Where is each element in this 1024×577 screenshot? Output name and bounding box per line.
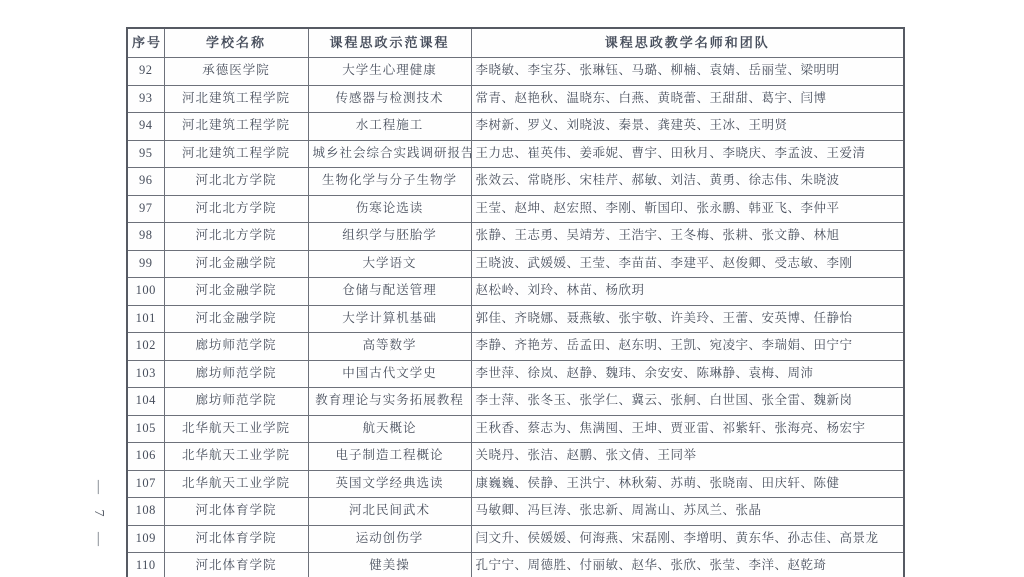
row-teacher-team: 常青、赵艳秋、温晓东、白燕、黄晓蕾、王甜甜、葛宇、闫博 [471,85,904,113]
row-teacher-team: 李士萍、张冬玉、张学仁、冀云、张舸、白世国、张全雷、魏新岗 [471,388,904,416]
row-serial-number: 104 [127,388,164,416]
header-serial-number: 序号 [127,28,164,58]
row-teacher-team: 张静、王志勇、吴靖芳、王浩宇、王冬梅、张耕、张文静、林旭 [471,223,904,251]
row-school-name: 河北北方学院 [164,195,308,223]
row-serial-number: 108 [127,498,164,526]
row-school-name: 北华航天工业学院 [164,470,308,498]
table-row: 94河北建筑工程学院水工程施工李树新、罗义、刘晓波、秦景、龚建英、王冰、王明贤 [127,113,904,141]
row-serial-number: 105 [127,415,164,443]
row-teacher-team: 赵松岭、刘玲、林苗、杨欣玥 [471,278,904,306]
row-course-name: 英国文学经典选读 [308,470,471,498]
row-teacher-team: 康巍巍、侯静、王洪宁、林秋菊、苏萌、张晓南、田庆轩、陈健 [471,470,904,498]
row-course-name: 电子制造工程概论 [308,443,471,471]
row-course-name: 教育理论与实务拓展教程 [308,388,471,416]
row-course-name: 大学计算机基础 [308,305,471,333]
table-row: 97河北北方学院伤寒论选读王莹、赵坤、赵宏照、李刚、靳国印、张永鹏、韩亚飞、李仲… [127,195,904,223]
row-course-name: 运动创伤学 [308,525,471,553]
row-serial-number: 109 [127,525,164,553]
table-body: 92承德医学院大学生心理健康李晓敏、李宝芬、张琳钰、马璐、柳楠、袁婧、岳丽莹、梁… [127,58,904,577]
table-header: 序号 学校名称 课程思政示范课程 课程思政教学名师和团队 [127,28,904,58]
row-school-name: 河北体育学院 [164,553,308,577]
row-course-name: 大学生心理健康 [308,58,471,86]
row-serial-number: 101 [127,305,164,333]
row-teacher-team: 马敏卿、冯巨涛、张忠新、周嵩山、苏凤兰、张晶 [471,498,904,526]
row-course-name: 传感器与检测技术 [308,85,471,113]
row-serial-number: 103 [127,360,164,388]
row-school-name: 河北建筑工程学院 [164,113,308,141]
row-school-name: 河北金融学院 [164,250,308,278]
row-teacher-team: 李静、齐艳芳、岳孟田、赵东明、王凯、宛凌宇、李瑞娟、田宁宁 [471,333,904,361]
table-row: 96河北北方学院生物化学与分子生物学张效云、常晓彤、宋桂芹、郝敏、刘洁、黄勇、徐… [127,168,904,196]
table-row: 107北华航天工业学院英国文学经典选读康巍巍、侯静、王洪宁、林秋菊、苏萌、张晓南… [127,470,904,498]
row-school-name: 河北建筑工程学院 [164,85,308,113]
row-school-name: 河北金融学院 [164,278,308,306]
row-course-name: 伤寒论选读 [308,195,471,223]
row-school-name: 河北体育学院 [164,498,308,526]
table-row: 103廊坊师范学院中国古代文学史李世萍、徐岚、赵静、魏玮、余安安、陈琳静、袁梅、… [127,360,904,388]
header-teacher-team: 课程思政教学名师和团队 [471,28,904,58]
table-row: 102廊坊师范学院高等数学李静、齐艳芳、岳孟田、赵东明、王凯、宛凌宇、李瑞娟、田… [127,333,904,361]
row-school-name: 廊坊师范学院 [164,360,308,388]
row-serial-number: 107 [127,470,164,498]
table-row: 109河北体育学院运动创伤学闫文升、侯媛媛、何海燕、宋磊刚、李增明、黄东华、孙志… [127,525,904,553]
row-course-name: 航天概论 [308,415,471,443]
row-course-name: 河北民间武术 [308,498,471,526]
row-course-name: 生物化学与分子生物学 [308,168,471,196]
row-course-name: 城乡社会综合实践调研报告 [308,140,471,168]
table-row: 104廊坊师范学院教育理论与实务拓展教程李士萍、张冬玉、张学仁、冀云、张舸、白世… [127,388,904,416]
row-teacher-team: 李晓敏、李宝芬、张琳钰、马璐、柳楠、袁婧、岳丽莹、梁明明 [471,58,904,86]
row-teacher-team: 郭佳、齐晓娜、聂燕敏、张宇敬、许美玲、王蕾、安英博、任静怡 [471,305,904,333]
table-row: 105北华航天工业学院航天概论王秋香、蔡志为、焦满囤、王坤、贾亚雷、祁紫轩、张海… [127,415,904,443]
row-teacher-team: 王力忠、崔英伟、姜乖妮、曹宇、田秋月、李晓庆、李孟波、王爱清 [471,140,904,168]
row-course-name: 中国古代文学史 [308,360,471,388]
row-serial-number: 93 [127,85,164,113]
row-course-name: 仓储与配送管理 [308,278,471,306]
row-school-name: 河北体育学院 [164,525,308,553]
row-school-name: 河北北方学院 [164,223,308,251]
row-serial-number: 102 [127,333,164,361]
row-school-name: 河北建筑工程学院 [164,140,308,168]
header-row: 序号 学校名称 课程思政示范课程 课程思政教学名师和团队 [127,28,904,58]
row-serial-number: 96 [127,168,164,196]
table-row: 108河北体育学院河北民间武术马敏卿、冯巨涛、张忠新、周嵩山、苏凤兰、张晶 [127,498,904,526]
table-row: 100河北金融学院仓储与配送管理赵松岭、刘玲、林苗、杨欣玥 [127,278,904,306]
header-course-name: 课程思政示范课程 [308,28,471,58]
row-teacher-team: 王莹、赵坤、赵宏照、李刚、靳国印、张永鹏、韩亚飞、李仲平 [471,195,904,223]
table-row: 106北华航天工业学院电子制造工程概论关晓丹、张洁、赵鹏、张文倩、王同举 [127,443,904,471]
table-row: 95河北建筑工程学院城乡社会综合实践调研报告王力忠、崔英伟、姜乖妮、曹宇、田秋月… [127,140,904,168]
row-course-name: 高等数学 [308,333,471,361]
row-serial-number: 99 [127,250,164,278]
table-row: 98河北北方学院组织学与胚胎学张静、王志勇、吴靖芳、王浩宇、王冬梅、张耕、张文静… [127,223,904,251]
table-row: 93河北建筑工程学院传感器与检测技术常青、赵艳秋、温晓东、白燕、黄晓蕾、王甜甜、… [127,85,904,113]
row-serial-number: 92 [127,58,164,86]
row-school-name: 北华航天工业学院 [164,443,308,471]
row-serial-number: 95 [127,140,164,168]
row-school-name: 廊坊师范学院 [164,388,308,416]
table-row: 99河北金融学院大学语文王晓波、武媛媛、王莹、李苗苗、李建平、赵俊卿、受志敏、李… [127,250,904,278]
row-course-name: 大学语文 [308,250,471,278]
row-teacher-team: 闫文升、侯媛媛、何海燕、宋磊刚、李增明、黄东华、孙志佳、高景龙 [471,525,904,553]
table-row: 101河北金融学院大学计算机基础郭佳、齐晓娜、聂燕敏、张宇敬、许美玲、王蕾、安英… [127,305,904,333]
row-teacher-team: 张效云、常晓彤、宋桂芹、郝敏、刘洁、黄勇、徐志伟、朱晓波 [471,168,904,196]
row-school-name: 北华航天工业学院 [164,415,308,443]
row-school-name: 河北北方学院 [164,168,308,196]
table-row: 110河北体育学院健美操孔宁宁、周德胜、付丽敏、赵华、张欣、张莹、李洋、赵乾琦 [127,553,904,577]
row-serial-number: 97 [127,195,164,223]
row-teacher-team: 孔宁宁、周德胜、付丽敏、赵华、张欣、张莹、李洋、赵乾琦 [471,553,904,577]
row-course-name: 健美操 [308,553,471,577]
row-serial-number: 98 [127,223,164,251]
row-serial-number: 100 [127,278,164,306]
header-school-name: 学校名称 [164,28,308,58]
row-school-name: 河北金融学院 [164,305,308,333]
row-school-name: 廊坊师范学院 [164,333,308,361]
row-serial-number: 110 [127,553,164,577]
row-school-name: 承德医学院 [164,58,308,86]
row-course-name: 组织学与胚胎学 [308,223,471,251]
row-course-name: 水工程施工 [308,113,471,141]
row-teacher-team: 王秋香、蔡志为、焦满囤、王坤、贾亚雷、祁紫轩、张海亮、杨宏宇 [471,415,904,443]
row-serial-number: 94 [127,113,164,141]
row-teacher-team: 关晓丹、张洁、赵鹏、张文倩、王同举 [471,443,904,471]
row-serial-number: 106 [127,443,164,471]
course-list-table: 序号 学校名称 课程思政示范课程 课程思政教学名师和团队 92承德医学院大学生心… [126,27,905,577]
row-teacher-team: 李树新、罗义、刘晓波、秦景、龚建英、王冰、王明贤 [471,113,904,141]
row-teacher-team: 王晓波、武媛媛、王莹、李苗苗、李建平、赵俊卿、受志敏、李刚 [471,250,904,278]
page-number-marker: — 7 — [68,496,128,536]
table-row: 92承德医学院大学生心理健康李晓敏、李宝芬、张琳钰、马璐、柳楠、袁婧、岳丽莹、梁… [127,58,904,86]
row-teacher-team: 李世萍、徐岚、赵静、魏玮、余安安、陈琳静、袁梅、周沛 [471,360,904,388]
